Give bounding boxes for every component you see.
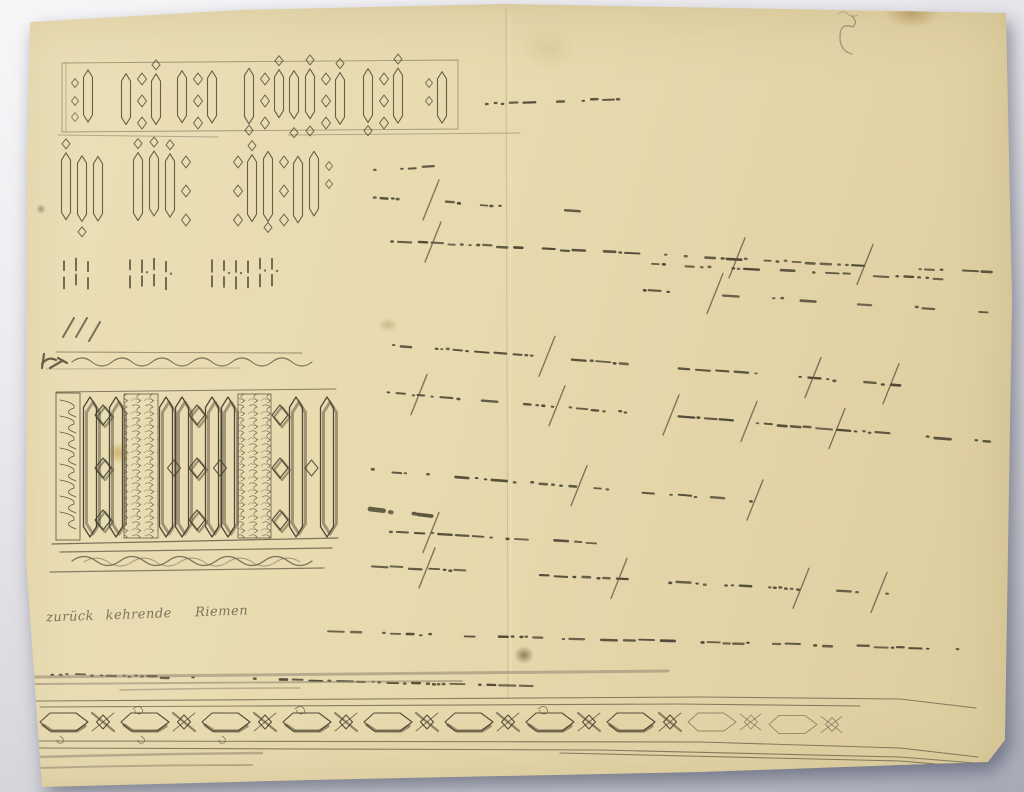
dash-line-row: [370, 509, 432, 516]
dash-line-row: [374, 166, 434, 170]
dash-line-row: [328, 631, 958, 649]
corner-flourish-mark: [838, 12, 858, 54]
bottom-pencil-strokes: [38, 753, 262, 768]
dash-line-row: [390, 512, 596, 552]
bottom-ornament-band: [34, 697, 988, 768]
dash-line-row: [391, 222, 991, 285]
paper-shadow: zurück kehrende Riemen: [0, 0, 1024, 792]
dash-line-row: [652, 264, 942, 279]
slash-marks: [63, 318, 100, 341]
wave-band: [50, 548, 332, 572]
sketch-paper: zurück kehrende Riemen: [0, 0, 1024, 792]
photo-backdrop: zurück kehrende Riemen: [0, 0, 1024, 792]
sketch-drawing: [0, 0, 1024, 792]
dash-line-row: [393, 336, 900, 404]
dash-line-row: [372, 466, 763, 520]
dark-ornament-block: [52, 389, 338, 544]
top-ornament-band: [58, 54, 520, 138]
dash-line-row: [372, 548, 888, 613]
ornament-row-2: [62, 137, 333, 237]
rhythm-notation-row: [64, 259, 278, 290]
pencil-wave-band: [42, 352, 312, 369]
dash-line-row: [374, 180, 580, 220]
